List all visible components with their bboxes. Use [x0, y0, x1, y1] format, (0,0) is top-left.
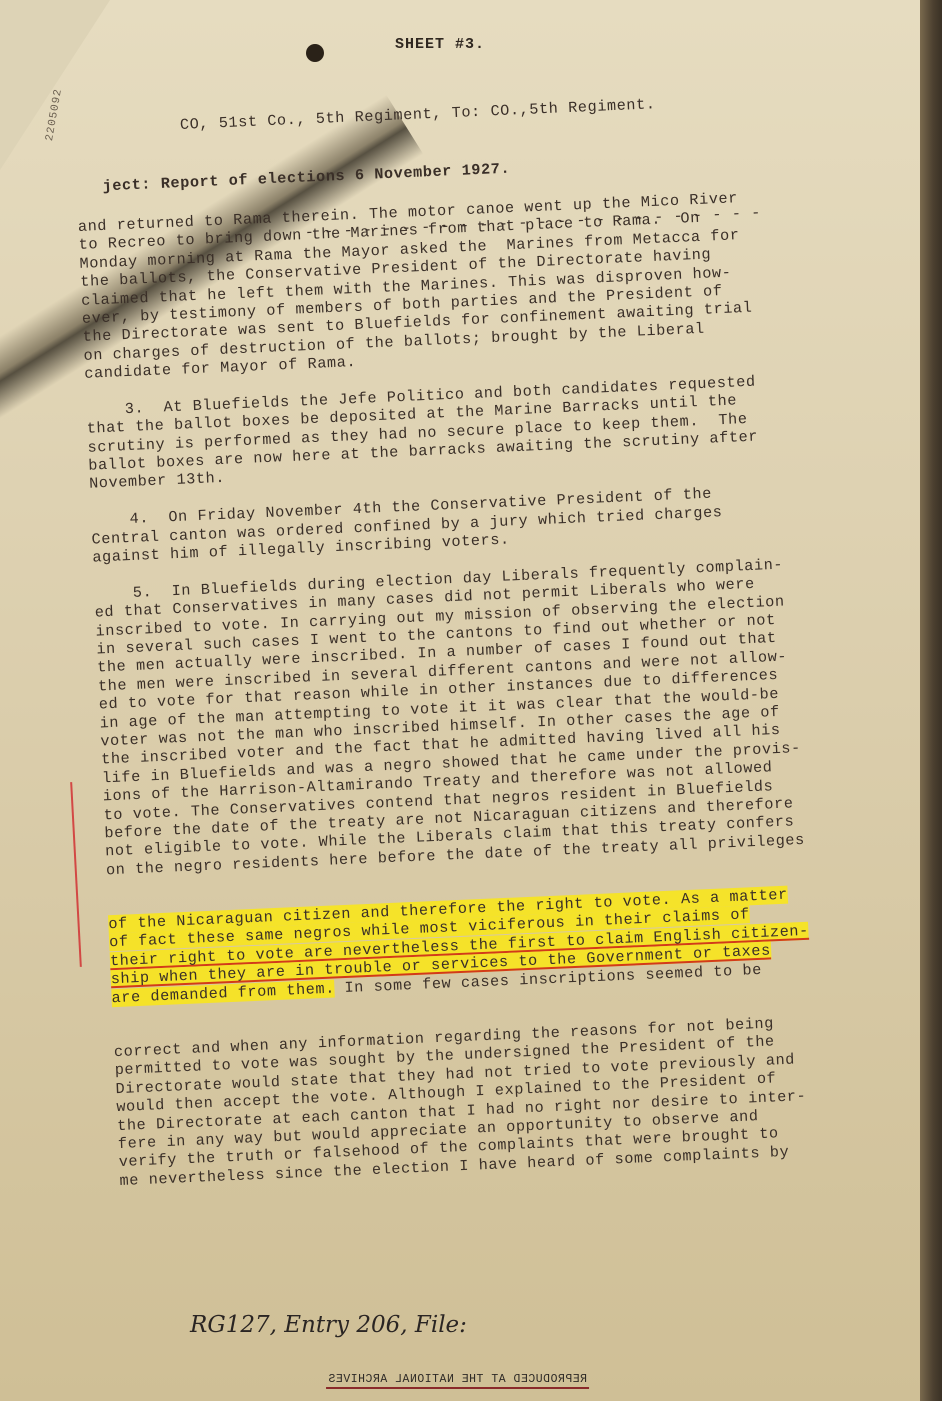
folded-corner: [0, 0, 110, 170]
punch-hole-icon: [306, 44, 324, 62]
from-line: CO, 51st Co., 5th Regiment, To: CO.,5th …: [180, 91, 757, 135]
handwritten-file-reference: RG127, Entry 206, File:: [190, 1312, 467, 1338]
memo-body: and returned to Rama therein. The motor …: [76, 151, 820, 1208]
archive-stamp: REPRODUCED AT THE NATIONAL ARCHIVES: [326, 1373, 589, 1389]
page-edge-shadow: [920, 0, 942, 1401]
sheet-title: SHEET #3.: [395, 36, 485, 53]
